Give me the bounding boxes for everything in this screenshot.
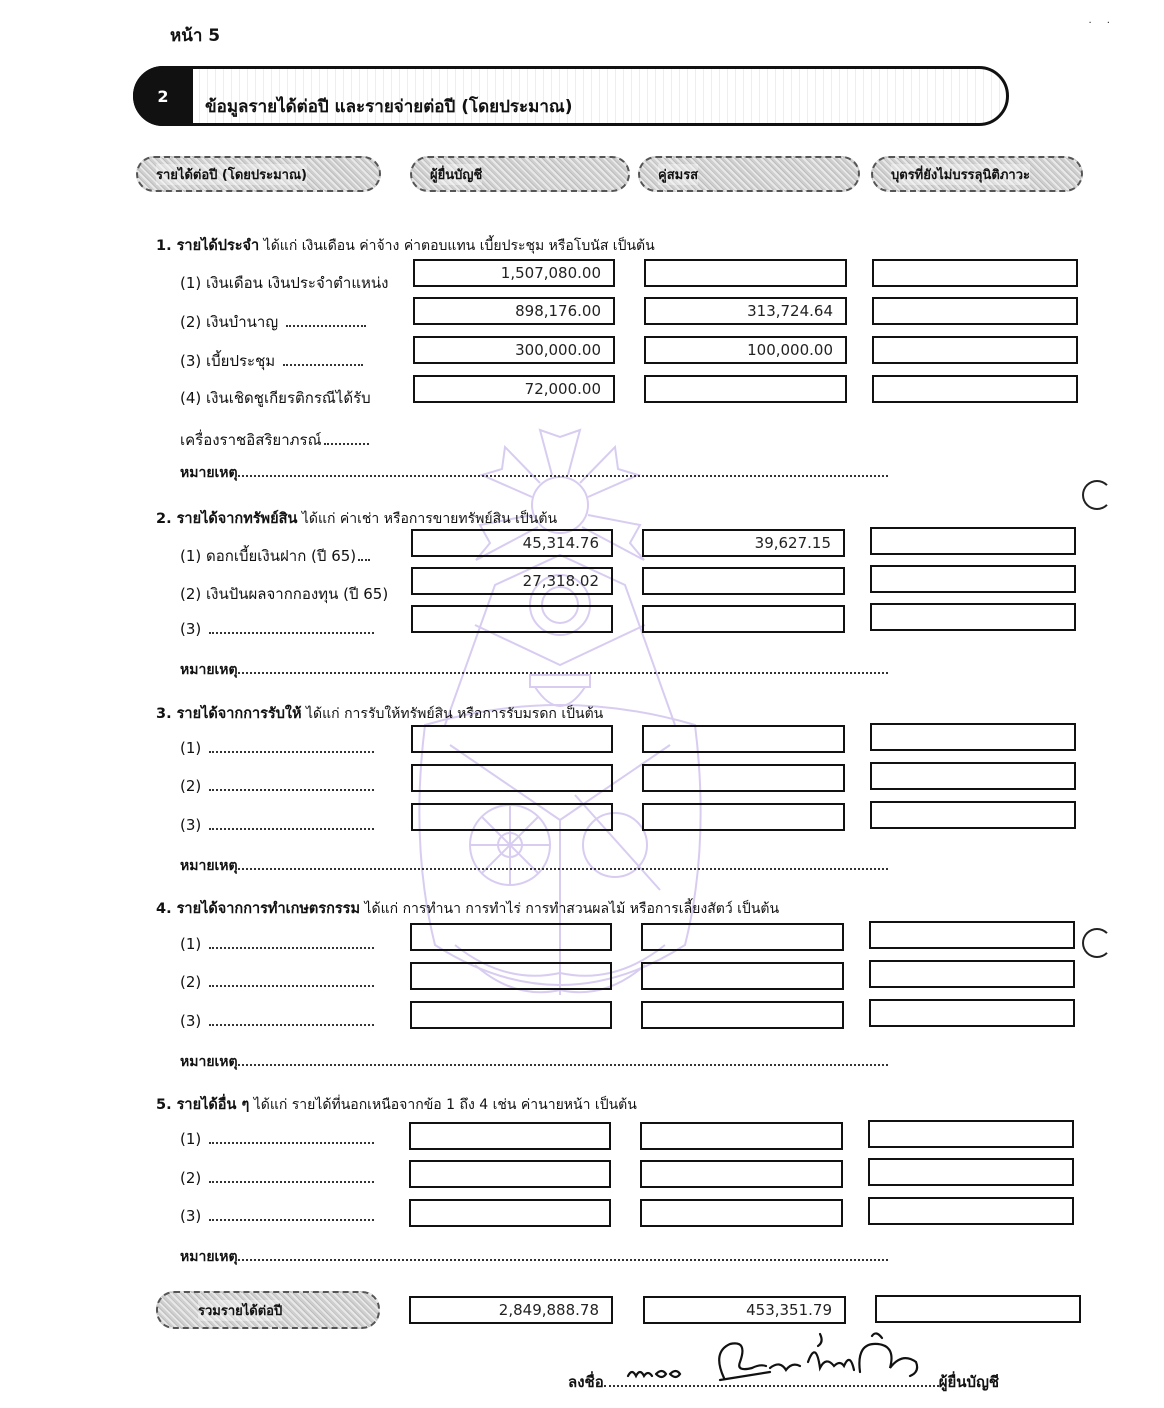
- group-3-item-2-row: (2): [180, 777, 374, 795]
- group-1-item-3-child-field[interactable]: [872, 336, 1078, 364]
- group-3-item-2-child-field[interactable]: [870, 762, 1076, 790]
- group-4-note: หมายเหตุ: [180, 1051, 888, 1073]
- section-title: ข้อมูลรายได้ต่อปี และรายจ่ายต่อปี (โดยปร…: [205, 93, 572, 120]
- group-3-item-1-spouse-field[interactable]: [642, 725, 845, 753]
- group-4-item-3-child-field[interactable]: [869, 999, 1075, 1027]
- handwritten-signature-icon: [620, 1332, 940, 1392]
- group-4-item-3-filer-field[interactable]: [410, 1001, 612, 1029]
- group-1-item-2-spouse-field[interactable]: [644, 297, 847, 325]
- group-4-heading: 4. รายได้จากการทำเกษตรกรรม ได้แก่ การทำน…: [156, 897, 779, 920]
- group-2-item-1-label: (1) ดอกเบี้ยเงินฝาก (ปี 65): [180, 547, 356, 565]
- group-1-note: หมายเหตุ: [180, 462, 888, 484]
- group-3-item-3-row: (3): [180, 816, 374, 834]
- group-1-item-2-row: (2) เงินบำนาญ: [180, 310, 366, 334]
- group-5-item-3-spouse-field[interactable]: [640, 1199, 843, 1227]
- group-1-extra-label: เครื่องราชอิสริยาภรณ์: [180, 431, 322, 449]
- group-5-desc: ได้แก่ รายได้ที่นอกเหนือจากข้อ 1 ถึง 4 เ…: [254, 1097, 637, 1113]
- group-3-item-3-spouse-field[interactable]: [642, 803, 845, 831]
- total-label-pill: รวมรายได้ต่อปี: [156, 1291, 380, 1329]
- fill-dots: [324, 437, 369, 445]
- group-2-item-1-spouse-field[interactable]: [642, 529, 845, 557]
- group-1-item-3-label: (3) เบี้ยประชุม: [180, 352, 275, 370]
- group-3-heading: 3. รายได้จากการรับให้ ได้แก่ การรับให้ทร…: [156, 702, 603, 725]
- signature-suffix: ผู้ยื่นบัญชี: [939, 1373, 999, 1391]
- group-1-item-4-child-field[interactable]: [872, 375, 1078, 403]
- group-1-extra-row: เครื่องราชอิสริยาภรณ์: [180, 428, 369, 452]
- note-label: หมายเหตุ: [180, 1249, 238, 1265]
- group-2-item-2-spouse-field[interactable]: [642, 567, 845, 595]
- fill-dots: [358, 553, 370, 561]
- fill-dots: [209, 1018, 374, 1026]
- group-1-item-3-row: (3) เบี้ยประชุม: [180, 349, 363, 373]
- group-1-item-1-child-field[interactable]: [872, 259, 1078, 287]
- note-label: หมายเหตุ: [180, 662, 238, 678]
- group-4-item-1-filer-field[interactable]: [410, 923, 612, 951]
- group-3-item-3-label: (3): [180, 816, 201, 834]
- total-spouse-field[interactable]: [643, 1296, 846, 1324]
- group-5-item-3-child-field[interactable]: [868, 1197, 1074, 1225]
- group-5-note: หมายเหตุ: [180, 1246, 888, 1268]
- fill-dots: [209, 1213, 374, 1221]
- group-3-desc: ได้แก่ การรับให้ทรัพย์สิน หรือการรับมรดก…: [306, 706, 603, 722]
- group-2-item-1-child-field[interactable]: [870, 527, 1076, 555]
- fill-dots: [209, 979, 374, 987]
- group-3-item-2-spouse-field[interactable]: [642, 764, 845, 792]
- group-1-item-4-label: (4) เงินเชิดชูเกียรติกรณีได้รับ: [180, 386, 371, 410]
- note-label: หมายเหตุ: [180, 858, 238, 874]
- group-1-item-4-filer-field[interactable]: [413, 375, 615, 403]
- group-4-item-3-row: (3): [180, 1012, 374, 1030]
- group-5-item-2-spouse-field[interactable]: [640, 1160, 843, 1188]
- group-2-item-2-child-field[interactable]: [870, 565, 1076, 593]
- note-label: หมายเหตุ: [180, 465, 238, 481]
- group-5-item-3-filer-field[interactable]: [409, 1199, 611, 1227]
- group-5-heading: 5. รายได้อื่น ๆ ได้แก่ รายได้ที่นอกเหนือ…: [156, 1093, 637, 1116]
- group-1-item-4-spouse-field[interactable]: [644, 375, 847, 403]
- group-3-item-2-label: (2): [180, 777, 201, 795]
- group-1-item-1-spouse-field[interactable]: [644, 259, 847, 287]
- fill-dots: [209, 1175, 374, 1183]
- note-dots: [238, 1255, 888, 1261]
- group-4-item-1-row: (1): [180, 935, 374, 953]
- fill-dots: [209, 941, 374, 949]
- fill-dots: [209, 745, 374, 753]
- group-4-desc: ได้แก่ การทำนา การทำไร่ การทำสวนผลไม้ หร…: [364, 901, 779, 917]
- group-1-heading: 1. รายได้ประจำ ได้แก่ เงินเดือน ค่าจ้าง …: [156, 234, 655, 257]
- column-header-spouse: คู่สมรส: [638, 156, 860, 192]
- note-dots: [238, 864, 888, 870]
- fill-dots: [283, 358, 363, 366]
- group-3-note: หมายเหตุ: [180, 855, 888, 877]
- note-dots: [238, 1060, 888, 1066]
- group-1-item-2-filer-field[interactable]: [413, 297, 615, 325]
- group-5-item-3-row: (3): [180, 1207, 374, 1225]
- group-1-item-3-spouse-field[interactable]: [644, 336, 847, 364]
- group-1-item-2-label: (2) เงินบำนาญ: [180, 313, 278, 331]
- group-3-item-1-child-field[interactable]: [870, 723, 1076, 751]
- group-5-item-2-child-field[interactable]: [868, 1158, 1074, 1186]
- group-4-item-2-filer-field[interactable]: [410, 962, 612, 990]
- group-5-item-2-row: (2): [180, 1169, 374, 1187]
- column-header-child-label: บุตรที่ยังไม่บรรลุนิติภาวะ: [891, 164, 1030, 185]
- group-1-item-1-filer-field[interactable]: [413, 259, 615, 287]
- section-number-badge: 2: [133, 66, 193, 126]
- group-2-item-2-label: (2) เงินปันผลจากกองทุน (ปี 65): [180, 582, 388, 606]
- hole-punch-mark-icon: [1082, 928, 1112, 958]
- group-2-item-3-child-field[interactable]: [870, 603, 1076, 631]
- group-2-note: หมายเหตุ: [180, 659, 888, 681]
- page-number: หน้า 5: [170, 22, 220, 49]
- group-1-item-2-child-field[interactable]: [872, 297, 1078, 325]
- group-3-item-3-child-field[interactable]: [870, 801, 1076, 829]
- fill-dots: [209, 626, 374, 634]
- fill-dots: [209, 1136, 374, 1144]
- group-5-item-3-label: (3): [180, 1207, 201, 1225]
- group-3-item-1-filer-field[interactable]: [411, 725, 613, 753]
- group-5-item-1-child-field[interactable]: [868, 1120, 1074, 1148]
- column-header-income: รายได้ต่อปี (โดยประมาณ): [136, 156, 381, 192]
- column-header-filer: ผู้ยื่นบัญชี: [410, 156, 630, 192]
- group-2-item-1-row: (1) ดอกเบี้ยเงินฝาก (ปี 65): [180, 544, 370, 568]
- group-1-desc: ได้แก่ เงินเดือน ค่าจ้าง ค่าตอบแทน เบี้ย…: [264, 238, 655, 254]
- group-4-item-2-child-field[interactable]: [869, 960, 1075, 988]
- group-2-item-3-filer-field[interactable]: [411, 605, 613, 633]
- group-2-item-1-filer-field[interactable]: [411, 529, 613, 557]
- group-5-item-1-spouse-field[interactable]: [640, 1122, 843, 1150]
- group-5-item-2-filer-field[interactable]: [409, 1160, 611, 1188]
- group-2-heading: 2. รายได้จากทรัพย์สิน ได้แก่ ค่าเช่า หรื…: [156, 507, 557, 530]
- column-header-filer-label: ผู้ยื่นบัญชี: [430, 164, 482, 185]
- group-1-title: 1. รายได้ประจำ: [156, 238, 259, 254]
- group-5-item-1-row: (1): [180, 1130, 374, 1148]
- group-2-item-3-label: (3): [180, 620, 201, 638]
- fill-dots: [209, 783, 374, 791]
- group-4-item-1-child-field[interactable]: [869, 921, 1075, 949]
- fill-dots: [209, 822, 374, 830]
- column-header-spouse-label: คู่สมรส: [658, 164, 698, 185]
- group-5-item-2-label: (2): [180, 1169, 201, 1187]
- note-dots: [238, 471, 888, 477]
- group-3-item-1-label: (1): [180, 739, 201, 757]
- group-2-item-3-row: (3): [180, 620, 374, 638]
- column-header-income-label: รายได้ต่อปี (โดยประมาณ): [156, 164, 307, 185]
- group-4-item-1-label: (1): [180, 935, 201, 953]
- group-4-item-3-label: (3): [180, 1012, 201, 1030]
- group-2-title: 2. รายได้จากทรัพย์สิน: [156, 511, 297, 527]
- group-4-item-2-label: (2): [180, 973, 201, 991]
- group-5-item-1-filer-field[interactable]: [409, 1122, 611, 1150]
- note-dots: [238, 668, 888, 674]
- group-1-item-1-label: (1) เงินเดือน เงินประจำตำแหน่ง: [180, 271, 388, 295]
- group-4-title: 4. รายได้จากการทำเกษตรกรรม: [156, 901, 360, 917]
- group-4-item-3-spouse-field[interactable]: [641, 1001, 844, 1029]
- group-2-item-2-filer-field[interactable]: [411, 567, 613, 595]
- total-child-field[interactable]: [875, 1295, 1081, 1323]
- signature-prefix: ลงชื่อ: [568, 1373, 604, 1391]
- group-3-item-3-filer-field[interactable]: [411, 803, 613, 831]
- group-1-item-3-filer-field[interactable]: [413, 336, 615, 364]
- group-3-item-2-filer-field[interactable]: [411, 764, 613, 792]
- group-4-item-2-spouse-field[interactable]: [641, 962, 844, 990]
- group-5-item-1-label: (1): [180, 1130, 201, 1148]
- group-2-item-3-spouse-field[interactable]: [642, 605, 845, 633]
- column-header-child: บุตรที่ยังไม่บรรลุนิติภาวะ: [871, 156, 1083, 192]
- group-4-item-1-spouse-field[interactable]: [641, 923, 844, 951]
- fill-dots: [286, 319, 366, 327]
- group-3-title: 3. รายได้จากการรับให้: [156, 706, 302, 722]
- group-2-desc: ได้แก่ ค่าเช่า หรือการขายทรัพย์สิน เป็นต…: [302, 511, 557, 527]
- total-filer-field[interactable]: [409, 1296, 613, 1324]
- group-4-item-2-row: (2): [180, 973, 374, 991]
- note-label: หมายเหตุ: [180, 1054, 238, 1070]
- hole-punch-mark-icon: [1082, 480, 1112, 510]
- group-5-title: 5. รายได้อื่น ๆ: [156, 1097, 249, 1113]
- group-3-item-1-row: (1): [180, 739, 374, 757]
- total-label: รวมรายได้ต่อปี: [198, 1300, 282, 1321]
- scan-speckles: · ·: [1088, 18, 1116, 29]
